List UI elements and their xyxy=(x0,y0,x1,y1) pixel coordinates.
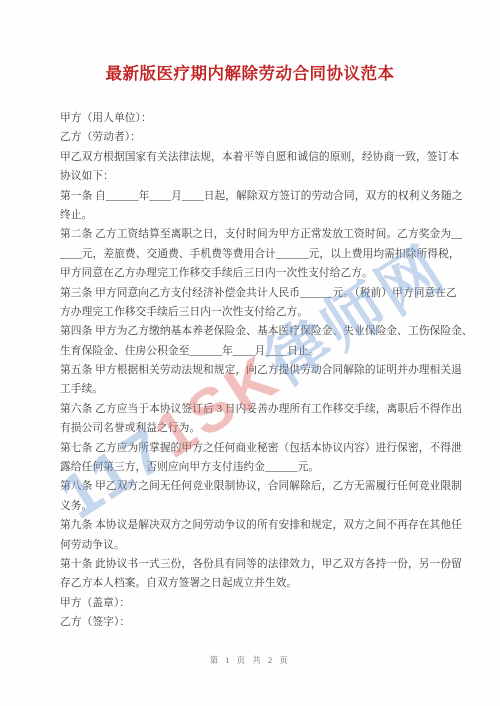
document-line: 露给任何第三方，否则应向甲方支付违约金______元。 xyxy=(60,458,452,477)
document-title: 最新版医疗期内解除劳动合同协议范本 xyxy=(40,64,460,84)
document-line: 方办理完工作移交手续后三日内一次性支付给乙方。 xyxy=(60,303,452,322)
document-line: 第五条 甲方根据相关劳动法规和规定，向乙方提供劳动合同解除的证明并办理相关退 xyxy=(60,361,452,380)
document-line: 第六条 乙方应当于本协议签订后 3 日内妥善办理所有工作移交手续，离职后不得作出 xyxy=(60,400,452,419)
document-line: 何劳动争议。 xyxy=(60,536,452,555)
document-line: 义务。 xyxy=(60,497,452,516)
document-line: 甲方（用人单位）： xyxy=(60,109,452,128)
document-line: 第十条 此协议书一式三份，各份具有同等的法律效力，甲乙双方各持一份，另一份留 xyxy=(60,555,452,574)
document-line: 甲方同意在乙方办理完工作移交手续后三日内一次性支付给乙方。 xyxy=(60,264,452,283)
document-line: ____元，差旅费、交通费、手机费等费用合计______元，以上费用均需扣除所得… xyxy=(60,245,452,264)
document-line: 第九条 本协议是解决双方之间劳动争议的所有安排和规定，双方之间不再存在其他任 xyxy=(60,516,452,535)
document-line: 乙方（签字）： xyxy=(60,613,452,632)
document-line: 第七条 乙方应为所掌握的甲方之任何商业秘密（包括本协议内容）进行保密，不得泄 xyxy=(60,439,452,458)
document-line: 甲乙双方根据国家有关法律法规，本着平等自愿和诚信的原则，经协商一致，签订本 xyxy=(60,148,452,167)
document-line: 协议如下： xyxy=(60,167,452,186)
document-line: 第一条 自______年____月____日起，解除双方签订的劳动合同，双方的权… xyxy=(60,187,452,206)
document-line: 有损公司名誉或利益之行为。 xyxy=(60,419,452,438)
document-body: 甲方（用人单位）：乙方（劳动者）：甲乙双方根据国家有关法律法规，本着平等自愿和诚… xyxy=(60,109,452,633)
document-page: 1171SK律师网 最新版医疗期内解除劳动合同协议范本 甲方（用人单位）：乙方（… xyxy=(0,0,500,706)
document-line: 第八条 甲乙双方之间无任何竞业限制协议，合同解除后，乙方无需履行任何竞业限制 xyxy=(60,477,452,496)
document-line: 乙方（劳动者）： xyxy=(60,128,452,147)
document-line: 甲方（盖章）： xyxy=(60,594,452,613)
document-line: 存乙方本人档案。自双方签署之日起成立并生效。 xyxy=(60,574,452,593)
document-line: 第四条 甲方为乙方缴纳基本养老保险金、基本医疗保险金、失业保险金、工伤保险金、 xyxy=(60,322,452,341)
page-number: 第 1 页 共 2 页 xyxy=(0,654,500,666)
document-line: 终止。 xyxy=(60,206,452,225)
document-line: 第二条 乙方工资结算至离职之日，支付时间为甲方正常发放工资时间。乙方奖金为__ xyxy=(60,225,452,244)
document-line: 生育保险金、住房公积金至______年____月____日止。 xyxy=(60,342,452,361)
document-line: 第三条 甲方同意向乙方支付经济补偿金共计人民币______元。（税前）甲方同意在… xyxy=(60,284,452,303)
document-line: 工手续。 xyxy=(60,380,452,399)
